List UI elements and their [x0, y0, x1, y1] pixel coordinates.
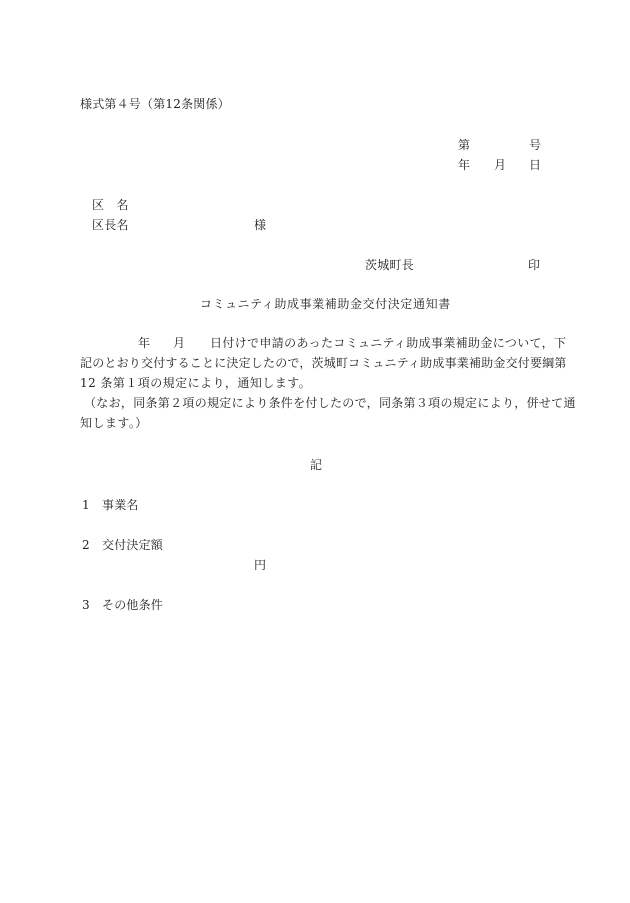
item-3-label: その他条件 [102, 599, 163, 611]
ref-no-prefix: 第 [458, 139, 470, 151]
date-year: 年 [458, 159, 470, 171]
document-title: コミュニティ助成事業補助金交付決定通知書 [200, 298, 451, 310]
honorific-sama: 様 [254, 219, 266, 231]
item-1-number: 1 [82, 499, 90, 511]
body-year-blank: 年 [138, 337, 150, 349]
body-line-3: 12 条第１項の規定により，通知します。 [80, 377, 550, 389]
form-number: 様式第４号（第12条関係） [80, 98, 230, 110]
date-month: 月 [494, 159, 506, 171]
date-day: 日 [529, 159, 541, 171]
seal-mark: 印 [528, 259, 540, 271]
item-1-label: 事業名 [102, 499, 139, 511]
item-2-yen-unit: 円 [254, 559, 266, 571]
body-month-blank: 月 [173, 337, 185, 349]
district-name-label: 区 名 [92, 199, 129, 211]
body-line-1: 日付けで申請のあったコミュニティ助成事業補助金について，下 [210, 337, 566, 349]
body-line-2: 記のとおり交付することに決定したので，茨城町コミュニティ助成事業補助金交付要綱第 [80, 357, 550, 369]
issuer-title: 茨城町長 [365, 259, 414, 271]
body-line-5: 知します。） [80, 417, 550, 429]
district-head-label: 区長名 [92, 219, 129, 231]
item-3-number: 3 [82, 599, 90, 611]
item-2-number: 2 [82, 539, 90, 551]
body-line-4: （なお，同条第２項の規定により条件を付したので，同条第３項の規定により，併せて通 [84, 397, 554, 409]
item-2-label: 交付決定額 [102, 539, 163, 551]
ref-no-suffix: 号 [529, 139, 541, 151]
document-page: 様式第４号（第12条関係） 第 号 年 月 日 区 名 区長名 様 茨城町長 印… [0, 0, 630, 903]
ki-heading: 記 [310, 459, 322, 471]
